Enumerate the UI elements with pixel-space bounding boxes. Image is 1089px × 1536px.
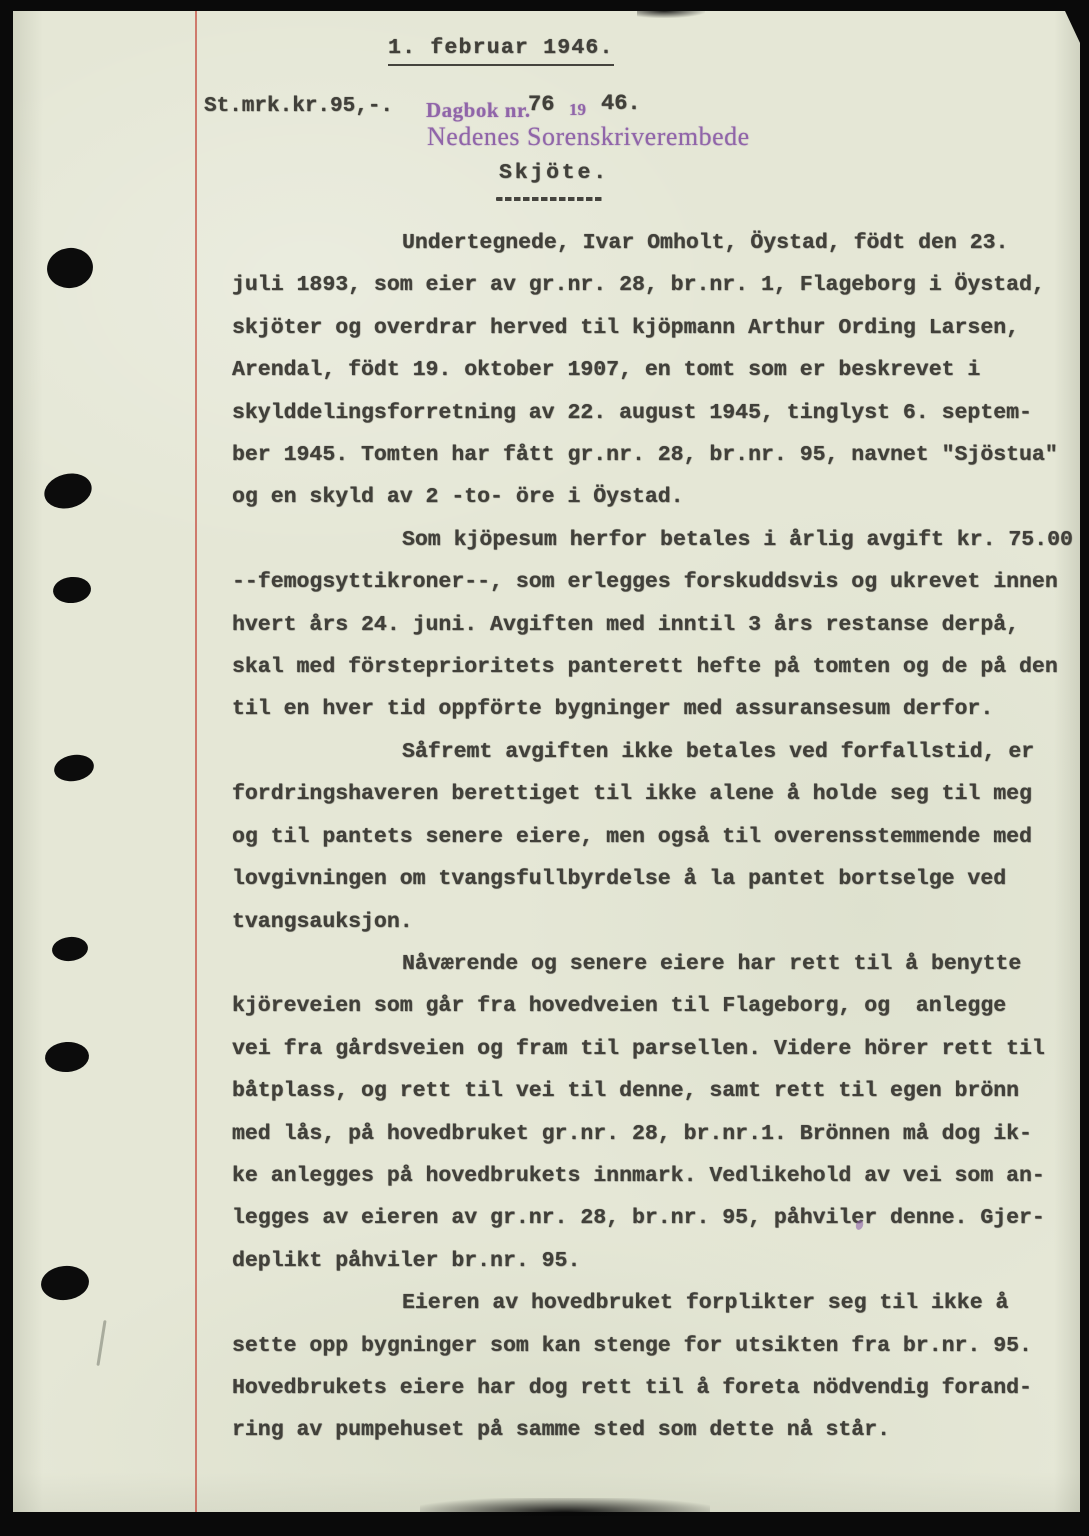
- text-line: kjöreveien som går fra hovedveien til Fl…: [232, 985, 1078, 1027]
- paragraph: Undertegnede, Ivar Omholt, Öystad, födt …: [232, 222, 1078, 519]
- scan-smudge-top: [637, 9, 705, 18]
- paragraph: Som kjöpesum herfor betales i årlig avgi…: [232, 519, 1078, 731]
- text-line: skjöter og overdrar herved til kjöpmann …: [232, 307, 1078, 349]
- text-line: Hovedbrukets eiere har dog rett til å fo…: [232, 1367, 1078, 1409]
- text-line: ber 1945. Tomten har fått gr.nr. 28, br.…: [232, 434, 1078, 476]
- journal-year-prefix: 19: [569, 100, 586, 120]
- title-dashed-underline: [496, 197, 602, 201]
- text-line: ring av pumpehuset på samme sted som det…: [232, 1409, 1078, 1451]
- text-line: hvert års 24. juni. Avgiften med inntil …: [232, 604, 1078, 646]
- text-line: deplikt påhviler br.nr. 95.: [232, 1240, 1078, 1282]
- text-line: sette opp bygninger som kan stenge for u…: [232, 1325, 1078, 1367]
- text-line: Såfremt avgiften ikke betales ved forfal…: [232, 731, 1078, 773]
- journal-number-value: 76: [528, 92, 554, 117]
- text-line: skylddelingsforretning av 22. august 194…: [232, 392, 1078, 434]
- text-line: Nåværende og senere eiere har rett til å…: [232, 943, 1078, 985]
- text-line: ke anlegges på hovedbrukets innmark. Ved…: [232, 1155, 1078, 1197]
- text-line: --femogsyttikroner--, som erlegges forsk…: [232, 561, 1078, 603]
- text-line: vei fra gårdsveien og fram til parsellen…: [232, 1028, 1078, 1070]
- text-line: Arendal, födt 19. oktober 1907, en tomt …: [232, 349, 1078, 391]
- text-line: tvangsauksjon.: [232, 901, 1078, 943]
- text-line: juli 1893, som eier av gr.nr. 28, br.nr.…: [232, 264, 1078, 306]
- text-line: og en skyld av 2 -to- öre i Öystad.: [232, 476, 1078, 518]
- text-line: med lås, på hovedbruket gr.nr. 28, br.nr…: [232, 1113, 1078, 1155]
- text-line: legges av eieren av gr.nr. 28, br.nr. 95…: [232, 1197, 1078, 1239]
- text-line: båtplass, og rett til vei til denne, sam…: [232, 1070, 1078, 1112]
- text-line: fordringshaveren berettiget til ikke ale…: [232, 773, 1078, 815]
- text-line: og til pantets senere eiere, men også ti…: [232, 816, 1078, 858]
- date-heading: 1. februar 1946.: [388, 36, 614, 66]
- scan-smudge-bottom: [420, 1498, 710, 1516]
- text-line: skal med försteprioritets panterett heft…: [232, 646, 1078, 688]
- paragraph: Nåværende og senere eiere har rett til å…: [232, 943, 1078, 1282]
- text-line: Undertegnede, Ivar Omholt, Öystad, födt …: [232, 222, 1078, 264]
- journal-year-value: 46.: [601, 91, 641, 116]
- text-line: Som kjöpesum herfor betales i årlig avgi…: [232, 519, 1078, 561]
- stamp-duty-note: St.mrk.kr.95,-.: [204, 95, 393, 118]
- red-margin-line: [195, 11, 197, 1512]
- paragraph: Eieren av hovedbruket forplikter seg til…: [232, 1282, 1078, 1452]
- court-office-stamp: Nedenes Sorenskriverembede: [427, 122, 750, 152]
- text-line: Eieren av hovedbruket forplikter seg til…: [232, 1282, 1078, 1324]
- scanned-document-page: 1. februar 1946. St.mrk.kr.95,-. Dagbok …: [0, 0, 1089, 1536]
- paragraph: Såfremt avgiften ikke betales ved forfal…: [232, 731, 1078, 943]
- journal-number-stamp-label: Dagbok nr.: [426, 98, 531, 123]
- text-line: lovgivningen om tvangsfullbyrdelse å la …: [232, 858, 1078, 900]
- text-line: til en hver tid oppförte bygninger med a…: [232, 688, 1078, 730]
- document-title: Skjöte.: [499, 161, 609, 185]
- document-body: Undertegnede, Ivar Omholt, Öystad, födt …: [232, 222, 1078, 1452]
